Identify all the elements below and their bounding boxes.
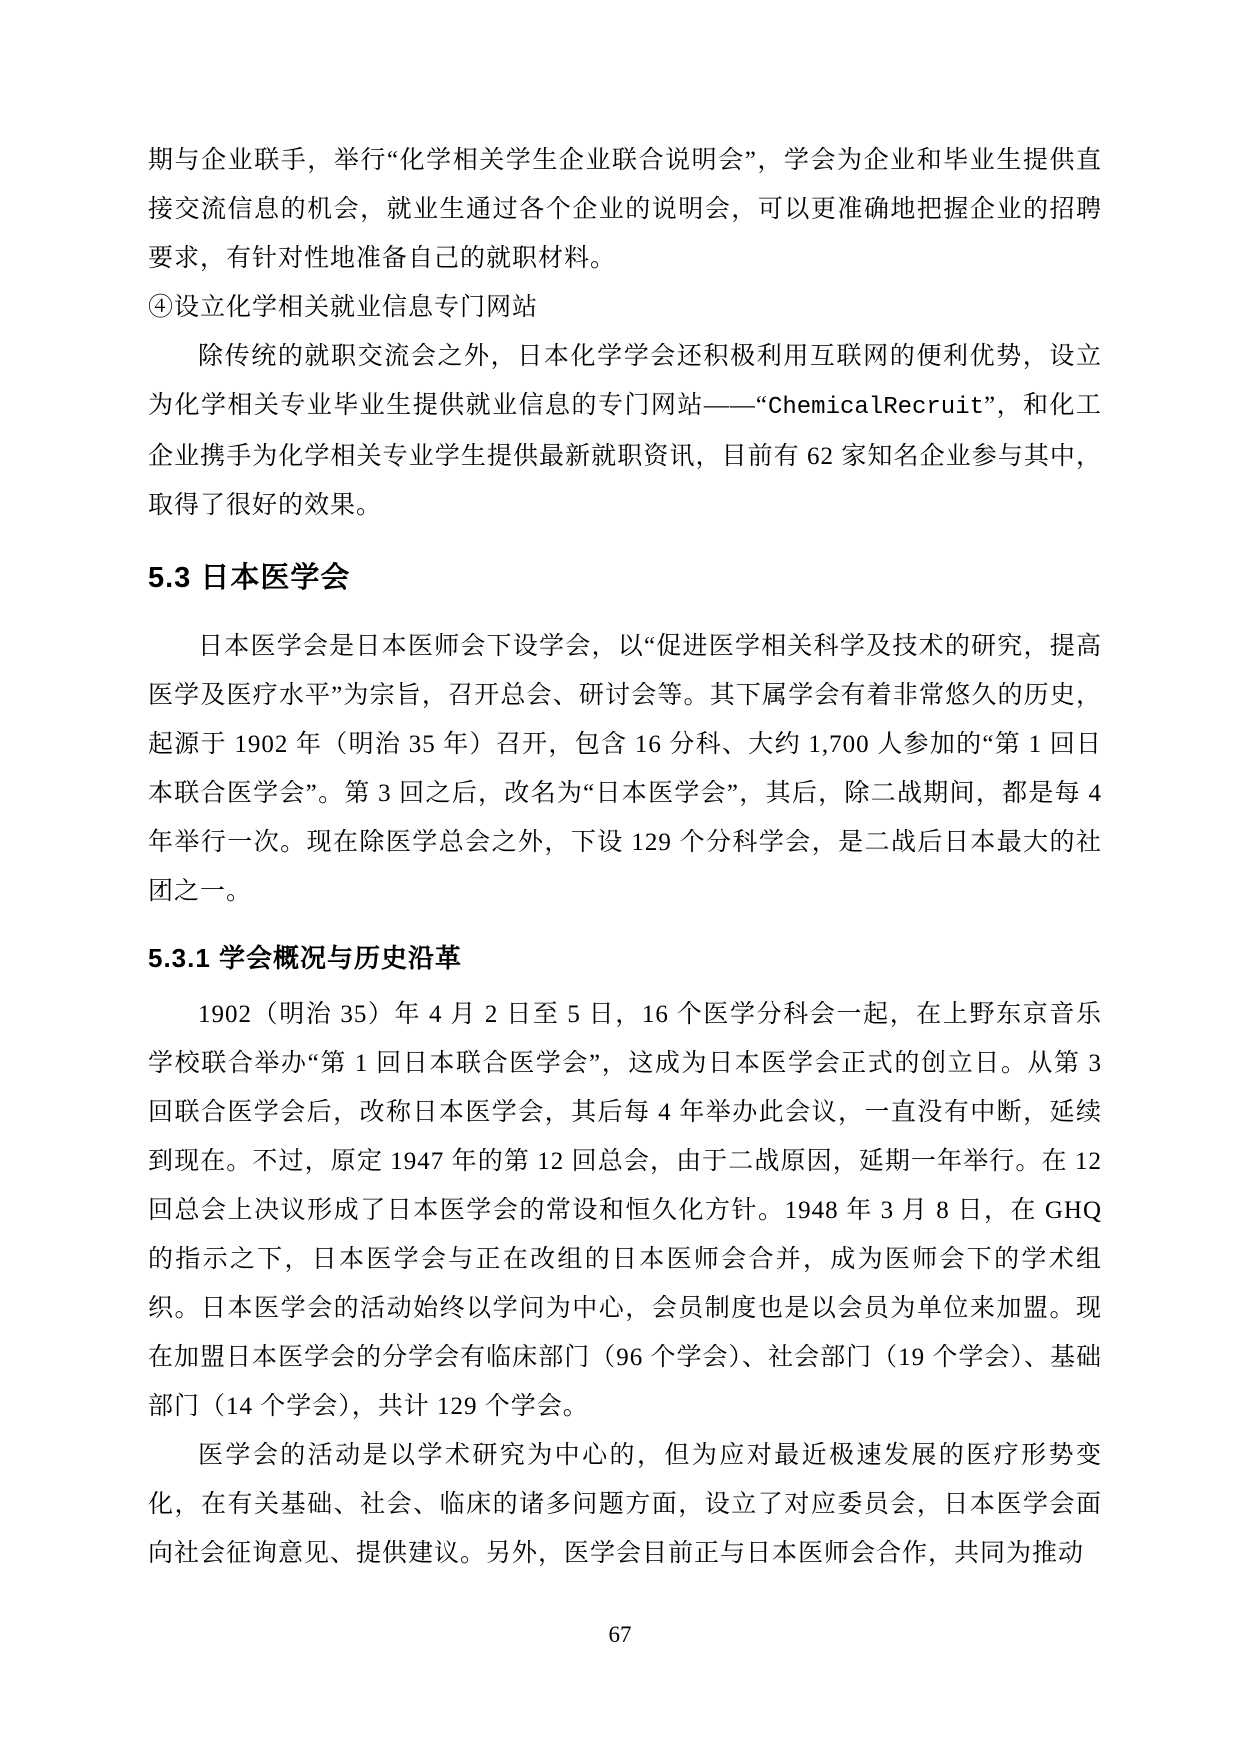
paragraph-employment-continuation: 期与企业联手，举行“化学相关学生企业联合说明会”，学会为企业和毕业生提供直接交流… — [148, 136, 1102, 283]
paragraph-history: 1902（明治 35）年 4 月 2 日至 5 日，16 个医学分科会一起，在上… — [148, 990, 1102, 1431]
paragraph-activities: 医学会的活动是以学术研究为中心的，但为应对最近极速发展的医疗形势变化，在有关基础… — [148, 1431, 1102, 1578]
page-content: 期与企业联手，举行“化学相关学生企业联合说明会”，学会为企业和毕业生提供直接交流… — [148, 136, 1102, 1578]
document-page: 期与企业联手，举行“化学相关学生企业联合说明会”，学会为企业和毕业生提供直接交流… — [0, 0, 1240, 1753]
section-5-3-1-heading: 5.3.1 学会概况与历史沿革 — [148, 938, 1102, 978]
section-5-3-heading: 5.3 日本医学会 — [148, 558, 1102, 598]
page-footer: 67 — [0, 1622, 1240, 1648]
paragraph-website: 除传统的就职交流会之外，日本化学学会还积极利用互联网的便利优势，设立为化学相关专… — [148, 332, 1102, 530]
list-item-4-heading: ④设立化学相关就业信息专门网站 — [148, 283, 1102, 332]
page-number: 67 — [609, 1622, 632, 1647]
paragraph-jma-intro: 日本医学会是日本医师会下设学会，以“促进医学相关科学及技术的研究，提高医学及医疗… — [148, 622, 1102, 916]
website-name: ChemicalRecruit — [768, 394, 984, 421]
